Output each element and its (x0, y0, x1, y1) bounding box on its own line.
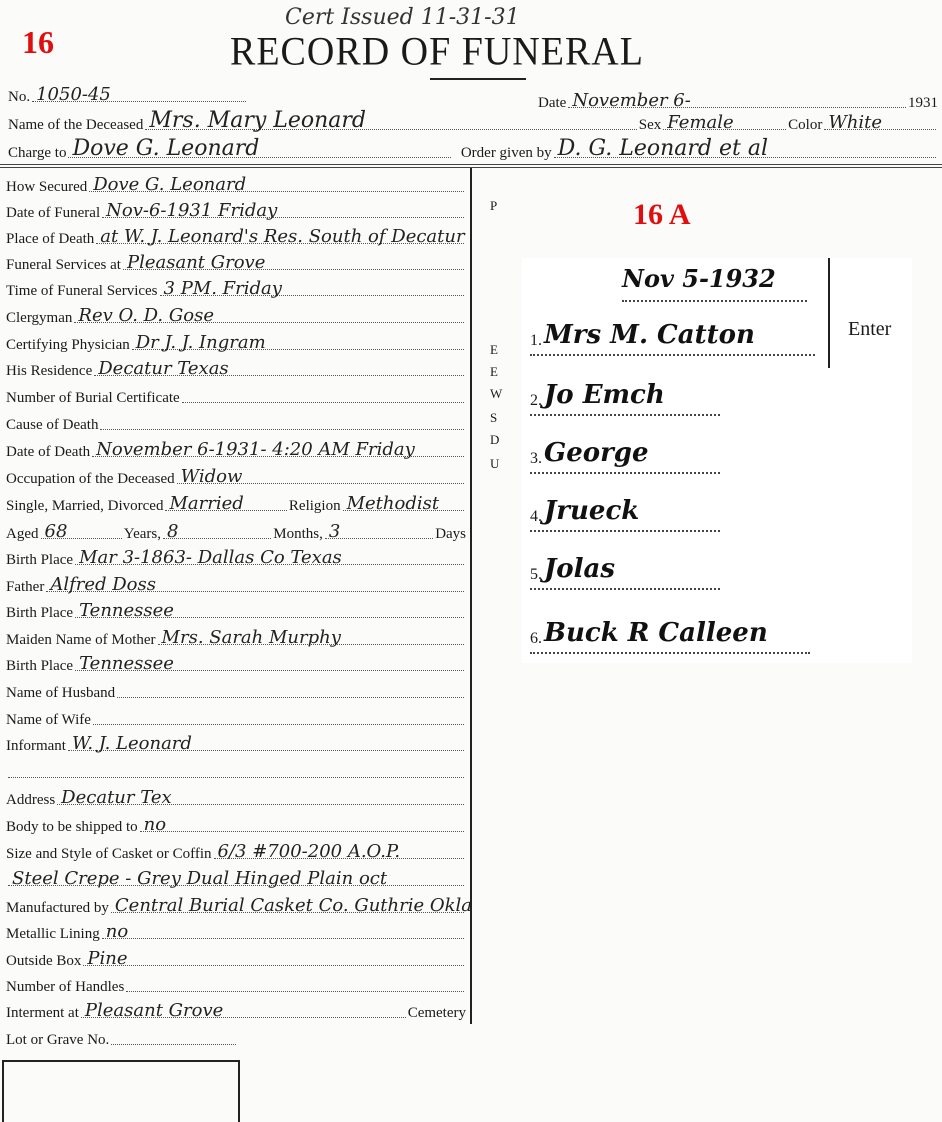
field-row: Cause of Death (6, 410, 466, 434)
side-letter: E (490, 342, 498, 358)
field-value: Nov-6-1931 Friday (106, 200, 277, 221)
entry-number: 6. (530, 630, 542, 648)
color-label: Color (788, 117, 822, 134)
field-label: Birth Place (6, 552, 73, 569)
entry-number: 5. (530, 566, 542, 584)
record-number-label: No. (8, 89, 30, 106)
date-field: Date November 6- 1931 (538, 88, 938, 112)
field-row: Place of Deathat W. J. Leonard's Res. So… (6, 224, 466, 248)
field-label: Number of Burial Certificate (6, 390, 180, 407)
field-label: Date of Death (6, 444, 90, 461)
side-letter: D (490, 432, 499, 448)
field-row: His ResidenceDecatur Texas (6, 356, 466, 380)
field-value: 6/3 #700-200 A.O.P. (218, 841, 401, 862)
field-value: no (106, 921, 128, 942)
field-label: Interment at (6, 1005, 79, 1022)
field-row: Manufactured byCentral Burial Casket Co.… (6, 893, 466, 917)
field-row (6, 758, 466, 782)
field-label: Aged (6, 526, 39, 543)
inset-entry: 6.Buck R Calleen (530, 618, 768, 648)
inset-tag: 16 A (633, 198, 691, 232)
field-label: Years, (124, 526, 161, 543)
order-value: D. G. Leonard et al (558, 136, 768, 161)
deceased-label: Name of the Deceased (8, 117, 143, 134)
field-label: Months, (273, 526, 323, 543)
field-label: Metallic Lining (6, 926, 100, 943)
field-value: Married (169, 493, 243, 514)
field-row: Outside BoxPine (6, 946, 466, 970)
field-row: Metallic Liningno (6, 919, 466, 943)
color-value: White (828, 112, 882, 133)
inset-date-line: Nov 5-1932 (622, 264, 776, 293)
field-row: Interment atPleasant GroveCemetery (6, 998, 466, 1022)
record-number-field: No. 1050-45 (8, 82, 248, 106)
field-label: Address (6, 792, 55, 809)
field-value: Dove G. Leonard (93, 174, 246, 195)
field-value: at W. J. Leonard's Res. South of Decatur (100, 226, 464, 247)
date-value: November 6- (572, 90, 691, 111)
page-tag: 16 (22, 24, 54, 61)
field-row: Time of Funeral Services3 PM. Friday (6, 276, 466, 300)
field-label: Name of Husband (6, 685, 115, 702)
field-label: Date of Funeral (6, 205, 100, 222)
field-row: How SecuredDove G. Leonard (6, 172, 466, 196)
form-title: RECORD OF FUNERAL (230, 29, 644, 75)
field-value: no (144, 814, 166, 835)
field-value: 3 PM. Friday (164, 278, 282, 299)
field-row: Maiden Name of MotherMrs. Sarah Murphy (6, 625, 466, 649)
field-label: Body to be shipped to (6, 819, 138, 836)
entry-name: Jo Emch (544, 380, 665, 410)
field-label: Cause of Death (6, 417, 98, 434)
entry-name: Mrs M. Catton (544, 320, 755, 350)
field-label: Place of Death (6, 231, 94, 248)
field-label: Outside Box (6, 953, 81, 970)
field-row: Date of DeathNovember 6-1931- 4:20 AM Fr… (6, 437, 466, 461)
field-value: Mar 3-1863- Dallas Co Texas (79, 547, 342, 568)
entry-underline (530, 472, 720, 474)
side-letter: S (490, 410, 497, 426)
entry-underline (530, 652, 810, 654)
side-letter: W (490, 386, 502, 402)
entry-number: 4. (530, 508, 542, 526)
field-row: Single, Married, DivorcedMarriedReligion… (6, 491, 466, 515)
deceased-value: Mrs. Mary Leonard (149, 108, 366, 133)
charge-value: Dove G. Leonard (72, 136, 259, 161)
field-value: Pine (87, 948, 127, 969)
field-value: 68 (45, 521, 68, 542)
field-label: Time of Funeral Services (6, 283, 158, 300)
field-label: His Residence (6, 363, 92, 380)
field-label: Informant (6, 738, 66, 755)
field-label: Number of Handles (6, 979, 124, 996)
field-value: Mrs. Sarah Murphy (162, 627, 341, 648)
inset-pallbearers: Nov 5-1932 Enter 1.Mrs M. Catton2.Jo Emc… (522, 258, 912, 663)
field-row: Name of Husband (6, 678, 466, 702)
charge-row: Charge to Dove G. Leonard Order given by… (8, 138, 938, 162)
field-label: Cemetery (408, 1005, 466, 1022)
field-value: Pleasant Grove (127, 252, 265, 273)
field-row: Size and Style of Casket or Coffin6/3 #7… (6, 839, 466, 863)
field-label: Father (6, 579, 44, 596)
field-row: FatherAlfred Doss (6, 572, 466, 596)
field-row: Body to be shipped tono (6, 812, 466, 836)
record-number-value: 1050-45 (36, 84, 111, 105)
field-value: November 6-1931- 4:20 AM Friday (96, 439, 415, 460)
order-label: Order given by (461, 145, 552, 162)
sex-label: Sex (639, 117, 662, 134)
entry-name: Jrueck (544, 496, 639, 526)
field-row: Occupation of the DeceasedWidow (6, 464, 466, 488)
entry-number: 3. (530, 450, 542, 468)
field-label: Manufactured by (6, 900, 109, 917)
field-value: 3 (329, 521, 340, 542)
field-row: Lot or Grave No. (6, 1025, 238, 1049)
field-row: Funeral Services atPleasant Grove (6, 250, 466, 274)
inset-entry: 3.George (530, 438, 649, 468)
entry-underline (530, 414, 720, 416)
field-row: Birth PlaceTennessee (6, 598, 466, 622)
field-label: How Secured (6, 179, 87, 196)
column-divider (470, 168, 472, 1024)
field-value: Dr J. J. Ingram (136, 332, 266, 353)
side-letter: U (490, 456, 499, 472)
entry-name: Jolas (544, 554, 615, 584)
field-row: Birth PlaceMar 3-1863- Dallas Co Texas (6, 545, 466, 569)
field-value: Widow (181, 466, 243, 487)
field-value: 8 (167, 521, 178, 542)
field-label: Maiden Name of Mother (6, 632, 156, 649)
inset-entry: 1.Mrs M. Catton (530, 320, 755, 350)
field-value: Decatur Tex (61, 787, 171, 808)
field-label: Days (435, 526, 466, 543)
deceased-row: Name of the Deceased Mrs. Mary Leonard S… (8, 110, 938, 134)
inset-vline (828, 258, 830, 368)
field-label: Lot or Grave No. (6, 1032, 109, 1049)
inset-entry: 2.Jo Emch (530, 380, 665, 410)
entry-underline (530, 588, 720, 590)
field-label: Name of Wife (6, 712, 91, 729)
entry-number: 1. (530, 332, 542, 350)
field-row: Name of Wife (6, 705, 466, 729)
field-row: Number of Burial Certificate (6, 383, 466, 407)
field-value: W. J. Leonard (72, 733, 192, 754)
field-value: Central Burial Casket Co. Guthrie Okla (115, 895, 472, 916)
cert-issued-note: Cert Issued 11-31-31 (285, 5, 520, 30)
field-label: Clergyman (6, 310, 72, 327)
field-value: Steel Crepe - Grey Dual Hinged Plain oct (12, 868, 387, 889)
sex-value: Female (667, 112, 733, 133)
field-value: Tennessee (79, 653, 174, 674)
field-label: Birth Place (6, 658, 73, 675)
field-label: Size and Style of Casket or Coffin (6, 846, 212, 863)
field-row: Steel Crepe - Grey Dual Hinged Plain oct (6, 866, 466, 890)
field-row: Aged68Years,8Months,3Days (6, 519, 466, 543)
field-label: Certifying Physician (6, 337, 130, 354)
empty-box (2, 1060, 240, 1122)
entry-number: 2. (530, 392, 542, 410)
field-label: Funeral Services at (6, 257, 121, 274)
field-label: Religion (289, 498, 341, 515)
field-label: Birth Place (6, 605, 73, 622)
field-value: Rev O. D. Gose (78, 305, 214, 326)
inset-partial-label: Enter (848, 318, 891, 341)
field-value: Decatur Texas (98, 358, 228, 379)
entry-underline (530, 530, 720, 532)
charge-label: Charge to (8, 145, 66, 162)
field-value: Alfred Doss (50, 574, 156, 595)
field-row: ClergymanRev O. D. Gose (6, 303, 466, 327)
field-value: Pleasant Grove (85, 1000, 223, 1021)
field-label: Single, Married, Divorced (6, 498, 163, 515)
field-row: Birth PlaceTennessee (6, 651, 466, 675)
inset-entry: 5.Jolas (530, 554, 615, 584)
entry-name: Buck R Calleen (544, 618, 768, 648)
field-value: Tennessee (79, 600, 174, 621)
field-row: AddressDecatur Tex (6, 785, 466, 809)
field-row: Certifying PhysicianDr J. J. Ingram (6, 330, 466, 354)
field-row: Number of Handles (6, 972, 466, 996)
field-row: InformantW. J. Leonard (6, 731, 466, 755)
entry-name: George (544, 438, 649, 468)
title-rule (430, 78, 526, 80)
field-label: Occupation of the Deceased (6, 471, 175, 488)
inset-date: Nov 5-1932 (622, 264, 776, 293)
side-letter: E (490, 364, 498, 380)
inset-entry: 4.Jrueck (530, 496, 639, 526)
side-letter: P (490, 198, 497, 214)
inset-date-underline (622, 300, 807, 302)
field-value: Methodist (347, 493, 440, 514)
entry-underline (530, 354, 815, 356)
field-row: Date of FuneralNov-6-1931 Friday (6, 198, 466, 222)
